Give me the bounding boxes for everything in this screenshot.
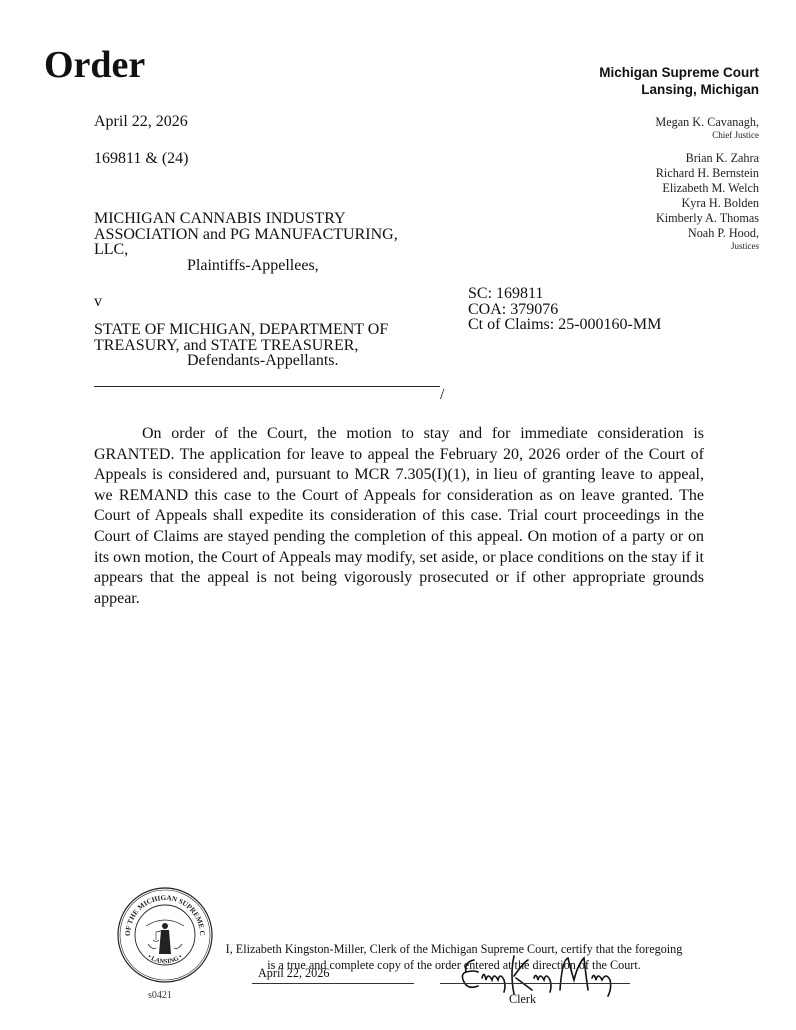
clerk-label: Clerk: [509, 992, 536, 1007]
sc-number: SC: 169811: [468, 286, 661, 302]
justice-name: Kyra H. Bolden: [655, 196, 759, 211]
plaintiff-line: MICHIGAN CANNABIS INDUSTRY: [94, 211, 398, 227]
justice-name: Kimberly A. Thomas: [655, 211, 759, 226]
document-title: Order: [44, 46, 145, 84]
caption-end-slash: /: [440, 386, 444, 404]
svg-text:SEAL OF THE MICHIGAN SUPREME C: SEAL OF THE MICHIGAN SUPREME COURT: [116, 886, 206, 936]
defendant-line: TREASURY, and STATE TREASURER,: [94, 338, 388, 354]
plaintiff-line: ASSOCIATION and PG MANUFACTURING,: [94, 227, 398, 243]
chief-justice-name: Megan K. Cavanagh,: [655, 115, 759, 130]
defendants-role: Defendants-Appellants.: [94, 353, 388, 369]
plaintiffs-role: Plaintiffs-Appellees,: [94, 258, 398, 274]
certification-date: April 22, 2026: [258, 966, 329, 981]
justice-name: Elizabeth M. Welch: [655, 181, 759, 196]
court-location: Lansing, Michigan: [599, 81, 759, 98]
justice-name: Brian K. Zahra: [655, 151, 759, 166]
claims-number: Ct of Claims: 25-000160-MM: [468, 317, 661, 333]
date-rule: [252, 983, 414, 984]
signature-rule: [440, 983, 630, 984]
case-numbers: SC: 169811 COA: 379076 Ct of Claims: 25-…: [468, 286, 661, 333]
plaintiff-line: LLC,: [94, 242, 398, 258]
justice-name: Noah P. Hood,: [655, 226, 759, 241]
clerk-signature-icon: [452, 950, 632, 1002]
versus: v: [94, 293, 102, 311]
order-body: On order of the Court, the motion to sta…: [94, 424, 704, 609]
court-header: Michigan Supreme Court Lansing, Michigan: [599, 64, 759, 98]
plaintiffs-caption: MICHIGAN CANNABIS INDUSTRY ASSOCIATION a…: [94, 211, 398, 273]
docket-number: 169811 & (24): [94, 150, 189, 168]
caption-rule: [94, 386, 440, 387]
justices-list: Megan K. Cavanagh, Chief Justice Brian K…: [655, 115, 759, 252]
court-seal-icon: SEAL OF THE MICHIGAN SUPREME COURT • LAN…: [116, 886, 214, 984]
coa-number: COA: 379076: [468, 302, 661, 318]
svg-text:• LANSING •: • LANSING •: [146, 953, 184, 966]
order-date: April 22, 2026: [94, 113, 188, 131]
court-name: Michigan Supreme Court: [599, 64, 759, 81]
defendant-line: STATE OF MICHIGAN, DEPARTMENT OF: [94, 322, 388, 338]
justice-name: Richard H. Bernstein: [655, 166, 759, 181]
justices-role: Justices: [655, 241, 759, 252]
chief-justice-role: Chief Justice: [655, 130, 759, 141]
defendants-caption: STATE OF MICHIGAN, DEPARTMENT OF TREASUR…: [94, 322, 388, 369]
seal-code: s0421: [148, 990, 172, 1001]
